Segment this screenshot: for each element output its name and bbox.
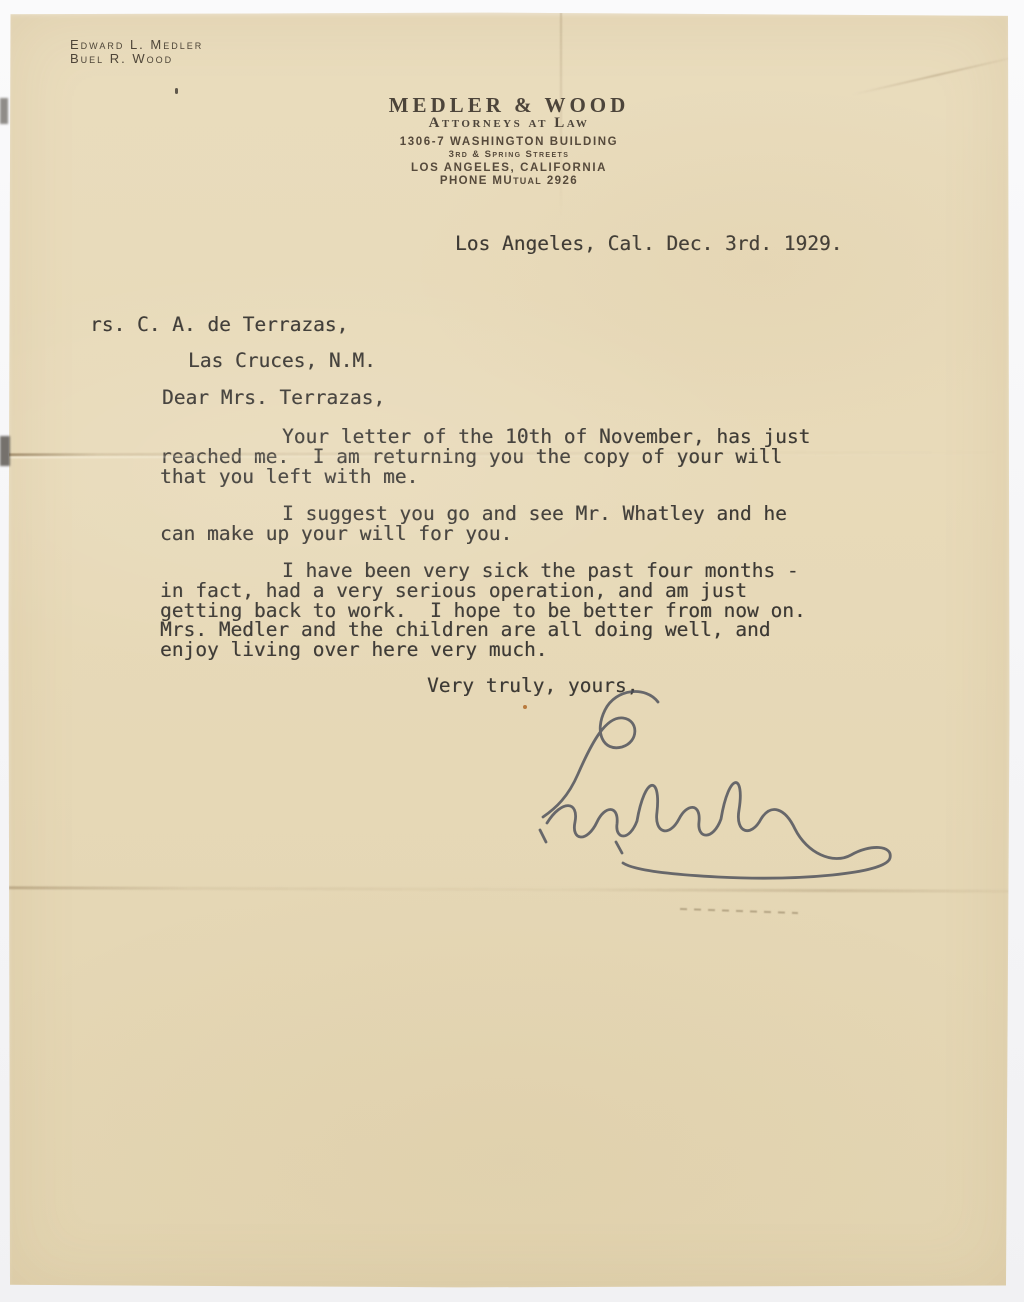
ink-speck — [175, 88, 178, 94]
firm-address-line3: LOS ANGELES, CALIFORNIA — [8, 162, 1010, 174]
firm-phone: PHONE MUTUAL2926 — [8, 175, 1010, 187]
salutation: Dear Mrs. Terrazas, — [162, 388, 385, 408]
recipient-city-line: Las Cruces, N.M. — [188, 351, 376, 371]
ink-speck — [602, 3, 605, 8]
phone-exchange-small: TUAL — [513, 176, 542, 186]
scan-edge-mark — [0, 98, 8, 124]
phone-number: 2926 — [547, 175, 578, 187]
letter-paper: Edward L. Medler Buel R. Wood MEDLER & W… — [8, 12, 1010, 1288]
typed-line-para2-1: I suggest you go and see Mr. Whatley and… — [282, 504, 787, 524]
scan-edge-mark — [0, 436, 10, 466]
scan-background: Edward L. Medler Buel R. Wood MEDLER & W… — [0, 0, 1024, 1302]
firm-address-line2: 3rd & Spring Streets — [8, 149, 1010, 160]
typed-line-para1-2: reached me. I am returning you the copy … — [160, 447, 782, 467]
signature-handwriting — [420, 680, 900, 895]
typed-line-para1-1: Your letter of the 10th of November, has… — [282, 427, 810, 447]
attorney-name: Edward L. Medler — [70, 38, 203, 52]
typed-line-para3-2: in fact, had a very serious operation, a… — [160, 581, 747, 601]
ink-speck — [523, 705, 527, 709]
diagonal-crease-top-right — [852, 54, 1023, 95]
typed-line-para1-3: that you left with me. — [160, 467, 418, 487]
typed-line-para3-4: Mrs. Medler and the children are all doi… — [160, 620, 770, 640]
firm-tagline: Attorneys at Law — [8, 115, 1010, 132]
letterhead-attorney-names: Edward L. Medler Buel R. Wood — [70, 38, 203, 66]
typed-dateline: Los Angeles, Cal. Dec. 3rd. 1929. — [455, 234, 842, 254]
typed-line-para3-1: I have been very sick the past four mont… — [282, 561, 799, 581]
typed-line-para3-5: enjoy living over here very much. — [160, 640, 547, 660]
recipient-name-line: rs. C. A. de Terrazas, — [90, 315, 348, 335]
firm-address-line1: 1306-7 WASHINGTON BUILDING — [8, 136, 1010, 148]
phone-prefix: PHONE MU — [440, 175, 513, 187]
attorney-name: Buel R. Wood — [70, 52, 203, 66]
dashed-crease-right — [680, 908, 798, 914]
typed-line-para2-2: can make up your will for you. — [160, 524, 512, 544]
